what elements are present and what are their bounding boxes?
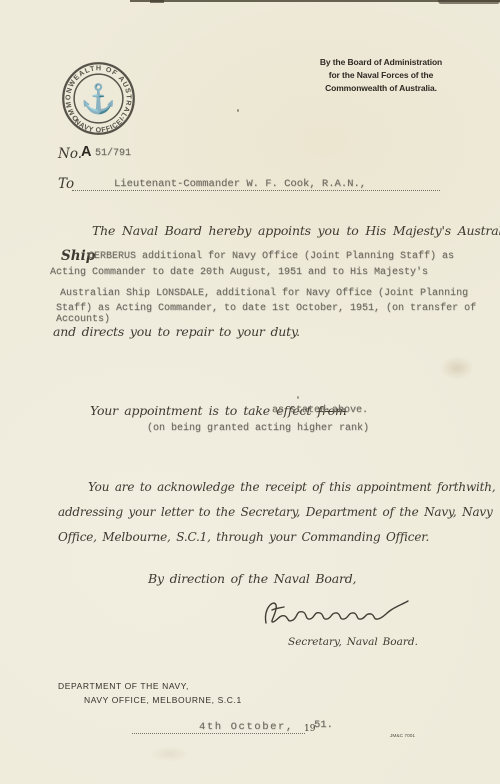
acknowledge-line-1: You are to acknowledge the receipt of th… xyxy=(88,480,495,494)
year-typed: 51. xyxy=(314,719,333,731)
appointment-intro-line: The Naval Board hereby appoints you to H… xyxy=(92,223,500,238)
ink-speck xyxy=(297,396,299,399)
typed-ship-line-4: Staff) as Acting Commander, to date 1st … xyxy=(56,303,476,314)
typed-ship-line-1: CERBERUS additional for Navy Office (Joi… xyxy=(88,251,454,262)
paper-stain xyxy=(150,746,190,762)
reference-number-label: No. xyxy=(58,146,82,162)
effect-typed-value: as stated above. xyxy=(272,405,368,416)
directs-line: and directs you to repair to your duty. xyxy=(53,324,300,339)
reference-number-typed: 51/791 xyxy=(95,148,131,159)
department-line-1: DEPARTMENT OF THE NAVY, xyxy=(58,681,189,691)
effect-typed-note: (on being granted acting higher rank) xyxy=(147,423,369,434)
document-page: COMMONWEALTH OF AUSTRALIA · NAVY OFFICE … xyxy=(0,0,500,784)
department-line-2: NAVY OFFICE, MELBOURNE, S.C.1 xyxy=(84,695,242,705)
authority-line: Commonwealth of Australia. xyxy=(318,82,444,95)
signature-scrawl xyxy=(260,596,412,632)
scan-edge-artifact xyxy=(438,0,500,4)
typed-ship-line-3: Australian Ship LONSDALE, additional for… xyxy=(60,288,468,299)
typed-ship-line-2: Acting Commander to date 20th August, 19… xyxy=(50,267,428,278)
authority-line: for the Naval Forces of the xyxy=(318,69,444,82)
paper-stain xyxy=(440,356,474,380)
anchor-icon: ⚓ xyxy=(81,82,117,115)
reference-series-stamp: A xyxy=(81,144,91,160)
navy-office-seal: COMMONWEALTH OF AUSTRALIA · NAVY OFFICE … xyxy=(61,61,136,136)
print-code: JM&C 7001 xyxy=(390,734,415,739)
ink-speck xyxy=(237,109,239,112)
scan-edge-artifact xyxy=(150,0,164,3)
authority-statement: By the Board of Administration for the N… xyxy=(318,56,444,94)
signatory-title: Secretary, Naval Board. xyxy=(288,636,418,648)
by-direction-line: By direction of the Naval Board, xyxy=(148,571,356,586)
acknowledge-line-3: Office, Melbourne, S.C.1, through your C… xyxy=(58,530,429,544)
authority-line: By the Board of Administration xyxy=(318,56,444,69)
date-typed: 4th October, xyxy=(199,721,294,733)
addressee-name: Lieutenant-Commander W. F. Cook, R.A.N., xyxy=(114,178,366,190)
acknowledge-line-2: addressing your letter to the Secretary,… xyxy=(58,505,493,519)
